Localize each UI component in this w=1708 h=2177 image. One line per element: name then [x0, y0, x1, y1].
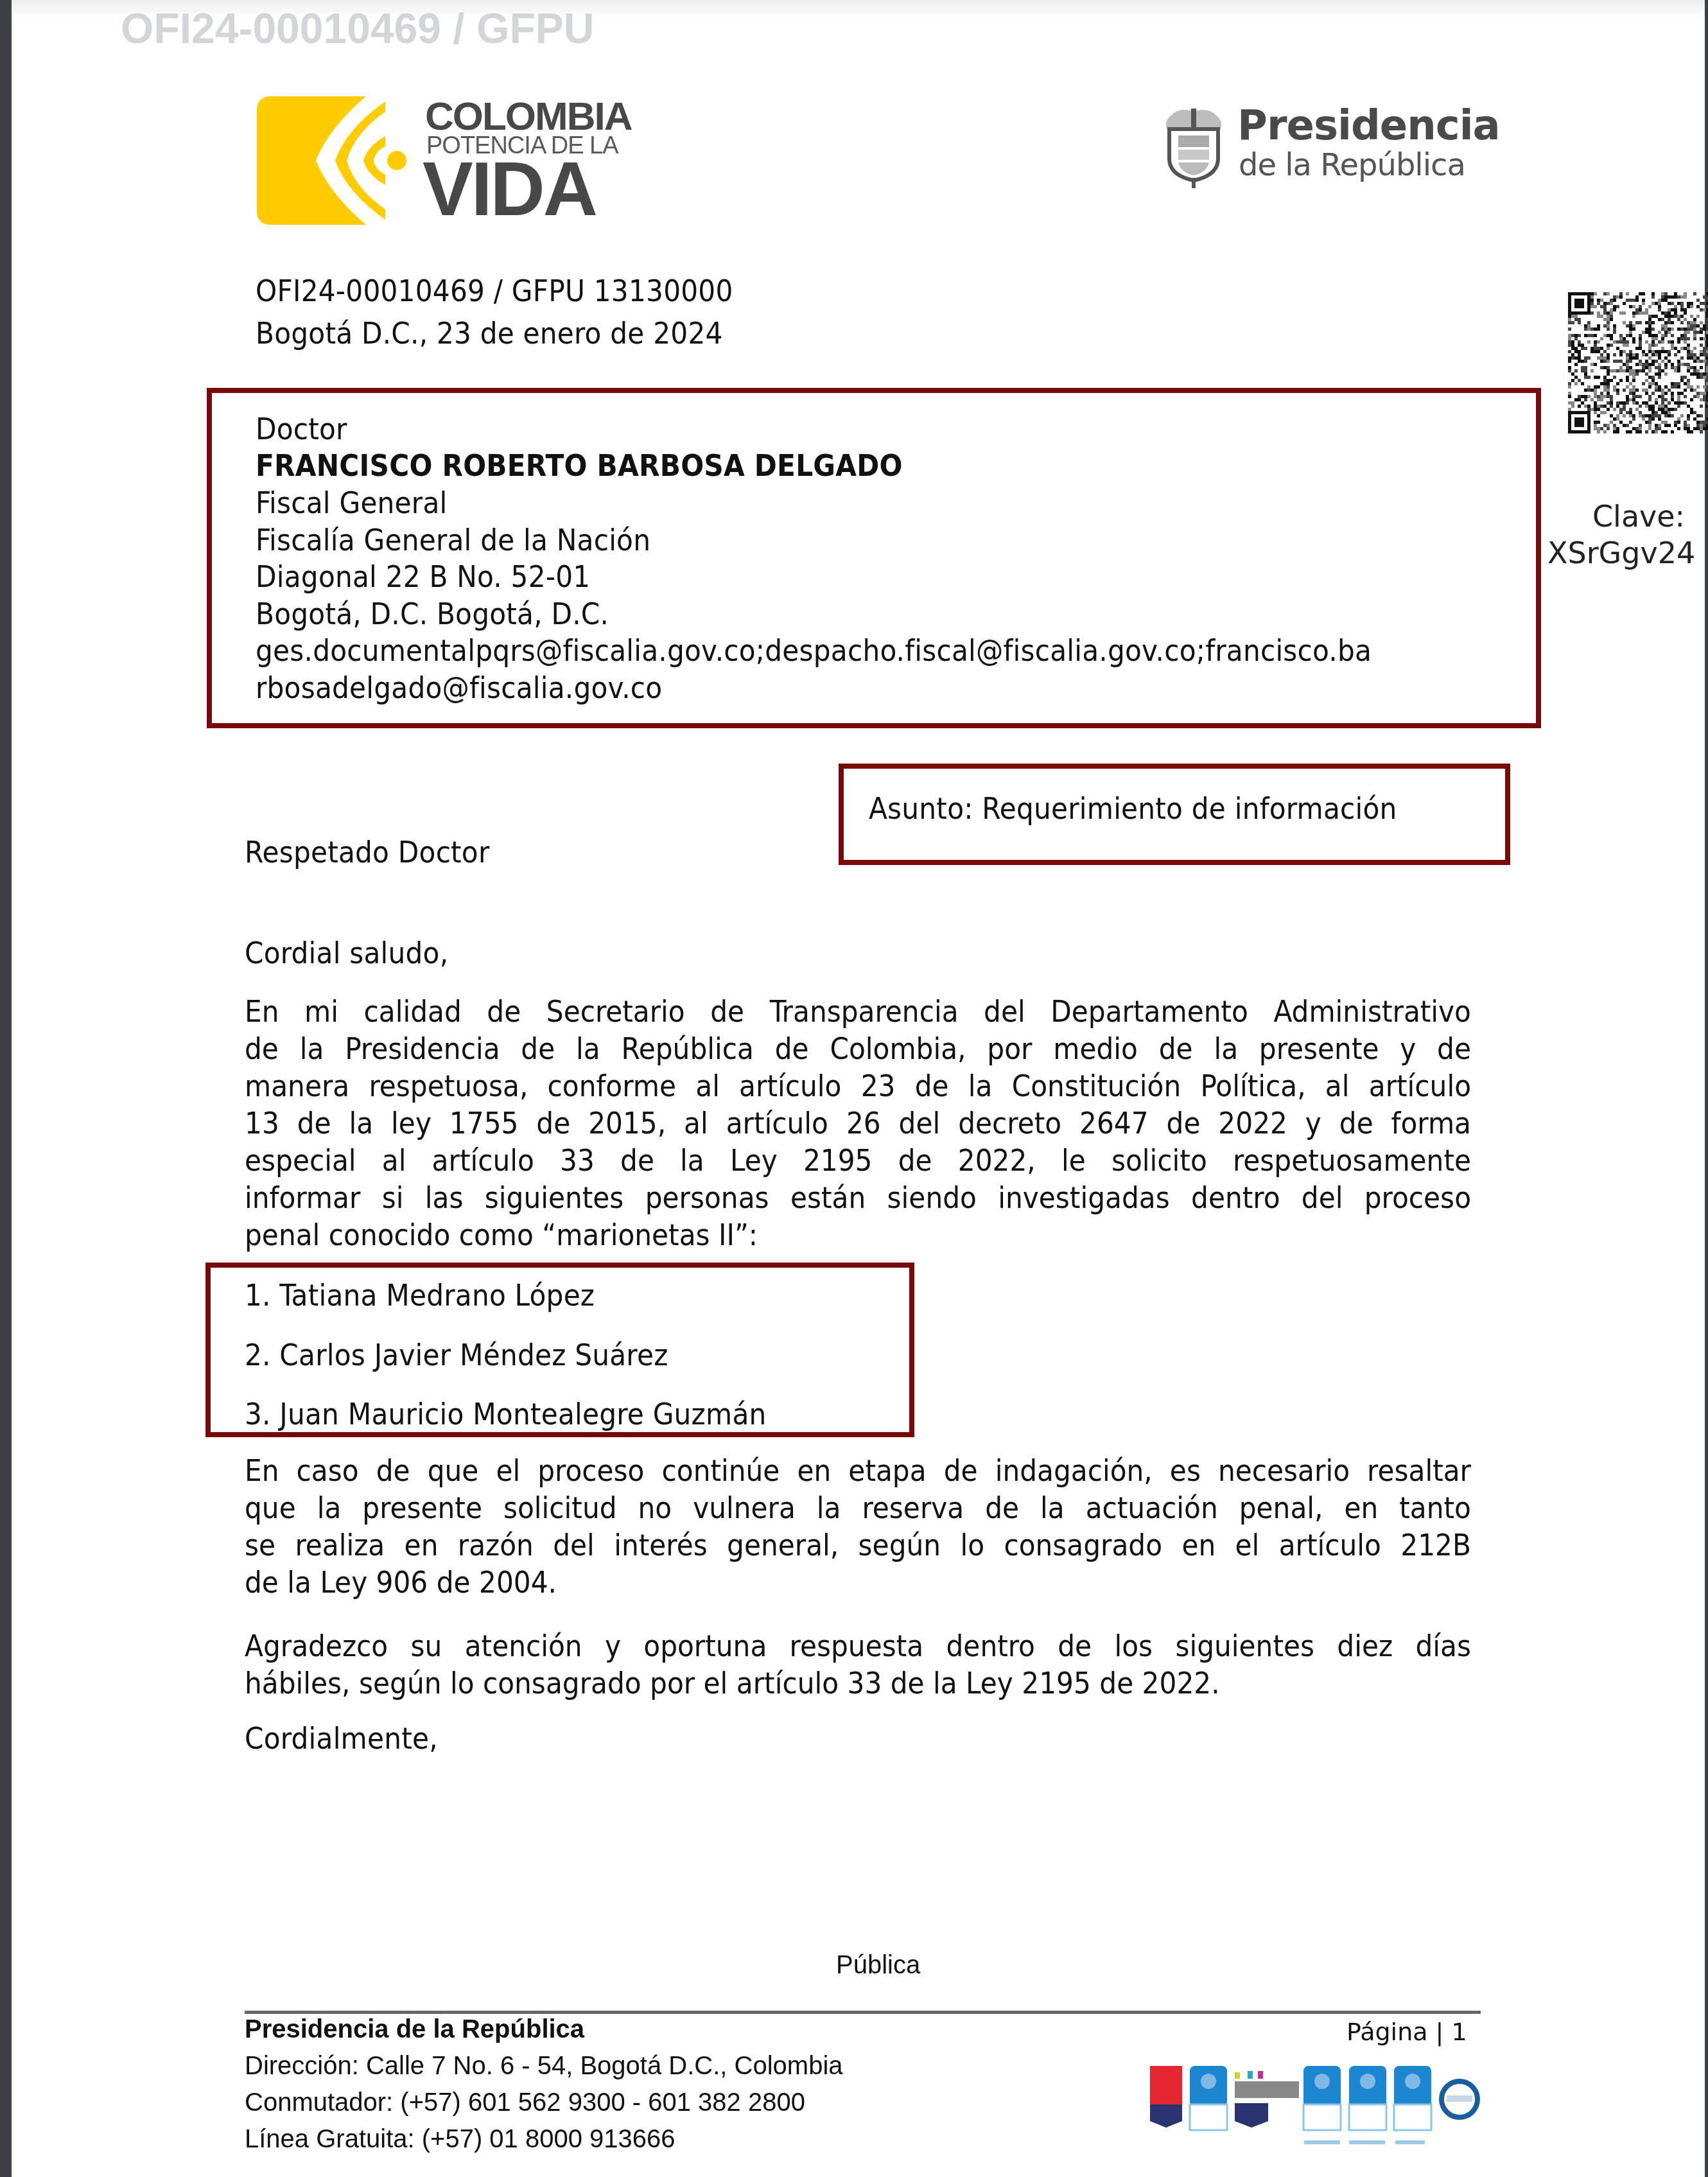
- body-paragraph-2: En caso de que el proceso continúe en et…: [245, 1453, 1471, 1602]
- recipient-emails-line2[interactable]: rbosadelgado@fiscalia.gov.co: [256, 670, 662, 706]
- great-place-to-work-badge-icon: [1150, 2066, 1182, 2128]
- recipient-title: Doctor: [256, 412, 347, 447]
- presidencia-subtitle: de la República: [1239, 147, 1465, 183]
- icontec-badge-icon: [1190, 2066, 1227, 2130]
- iqnet-badge-icon: [1442, 2081, 1477, 2117]
- viewer-left-edge: [0, 0, 12, 2177]
- presidencia-title: Presidencia: [1237, 102, 1500, 150]
- person-item-1: 1. Tatiana Medrano López: [245, 1278, 595, 1313]
- closing: Cordialmente,: [245, 1721, 438, 1756]
- recipient-organization: Fiscalía General de la Nación: [256, 523, 650, 558]
- paragraph-line: penal conocido como “marionetas II”:: [245, 1217, 1471, 1254]
- paragraph-line: de la Presidencia de la República de Col…: [245, 1031, 1471, 1068]
- person-item-2: 2. Carlos Javier Méndez Suárez: [245, 1338, 668, 1373]
- paragraph-line: En caso de que el proceso continúe en et…: [245, 1453, 1471, 1490]
- colombia-potencia-vida-logo: COLOMBIA POTENCIA DE LA VIDA: [257, 96, 642, 225]
- qr-key-value: XSrGgv24: [1547, 536, 1695, 570]
- colombia-wave-icon: [257, 96, 417, 225]
- certification-badges: [1146, 2065, 1480, 2155]
- place-date: Bogotá D.C., 23 de enero de 2024: [256, 316, 723, 351]
- page-number: Página | 1: [1346, 2018, 1467, 2046]
- paragraph-line: En mi calidad de Secretario de Transpare…: [245, 993, 1471, 1031]
- body-paragraph-3: Agradezco su atención y oportuna respues…: [245, 1628, 1471, 1702]
- verification-qr-code: [1568, 292, 1708, 478]
- icontec-iso-badges-icon: [1303, 2066, 1431, 2144]
- paragraph-line: manera respetuosa, conforme al artículo …: [245, 1068, 1471, 1105]
- paragraph-line: se realiza en razón del interés general,…: [245, 1527, 1471, 1564]
- qr-key-label: Clave:: [1592, 499, 1685, 534]
- paragraph-line: Agradezco su atención y oportuna respues…: [245, 1628, 1471, 1665]
- paragraph-line: 13 de la ley 1755 de 2015, al artículo 2…: [245, 1105, 1471, 1142]
- footer-rule: [245, 2011, 1481, 2014]
- recipient-city: Bogotá, D.C. Bogotá, D.C.: [256, 597, 609, 632]
- document-reference: OFI24-00010469 / GFPU 13130000: [256, 274, 733, 309]
- logo-text-vida: VIDA: [423, 152, 596, 227]
- footer-phone: Conmutador: (+57) 601 562 9300 - 601 382…: [245, 2088, 805, 2117]
- paragraph-line: que la presente solicitud no vulnera la …: [245, 1490, 1471, 1527]
- person-item-3: 3. Juan Mauricio Montealegre Guzmán: [245, 1397, 767, 1432]
- recipient-address: Diagonal 22 B No. 52-01: [256, 559, 590, 595]
- paragraph-line: de la Ley 906 de 2004.: [245, 1564, 1471, 1602]
- greeting: Cordial saludo,: [245, 936, 448, 971]
- paragraph-line: especial al artículo 33 de la Ley 2195 d…: [245, 1142, 1471, 1180]
- recipient-name: FRANCISCO ROBERTO BARBOSA DELGADO: [256, 448, 903, 484]
- recipient-emails-line1[interactable]: ges.documentalpqrs@fiscalia.gov.co;despa…: [256, 633, 1372, 669]
- salutation: Respetado Doctor: [245, 835, 490, 870]
- presidencia-logo: Presidencia de la República: [1159, 106, 1493, 196]
- qr-code-icon: [1568, 292, 1708, 478]
- classification-label: Pública: [836, 1951, 920, 1980]
- paragraph-line: informar si las siguientes personas está…: [245, 1180, 1471, 1217]
- watermark-header: OFI24-00010469 / GFPU: [121, 4, 594, 53]
- footer-toll-free: Línea Gratuita: (+57) 01 8000 913666: [245, 2125, 675, 2154]
- body-paragraph-1: En mi calidad de Secretario de Transpare…: [245, 993, 1471, 1254]
- footer-address: Dirección: Calle 7 No. 6 - 54, Bogotá D.…: [245, 2052, 843, 2081]
- coat-of-arms-icon: [1159, 106, 1228, 188]
- subject-line: Asunto: Requerimiento de información: [869, 791, 1397, 826]
- equipares-badge-icon: [1235, 2071, 1299, 2128]
- recipient-position: Fiscal General: [256, 485, 447, 521]
- footer-org: Presidencia de la República: [245, 2015, 584, 2044]
- paragraph-line: hábiles, según lo consagrado por el artí…: [245, 1665, 1471, 1702]
